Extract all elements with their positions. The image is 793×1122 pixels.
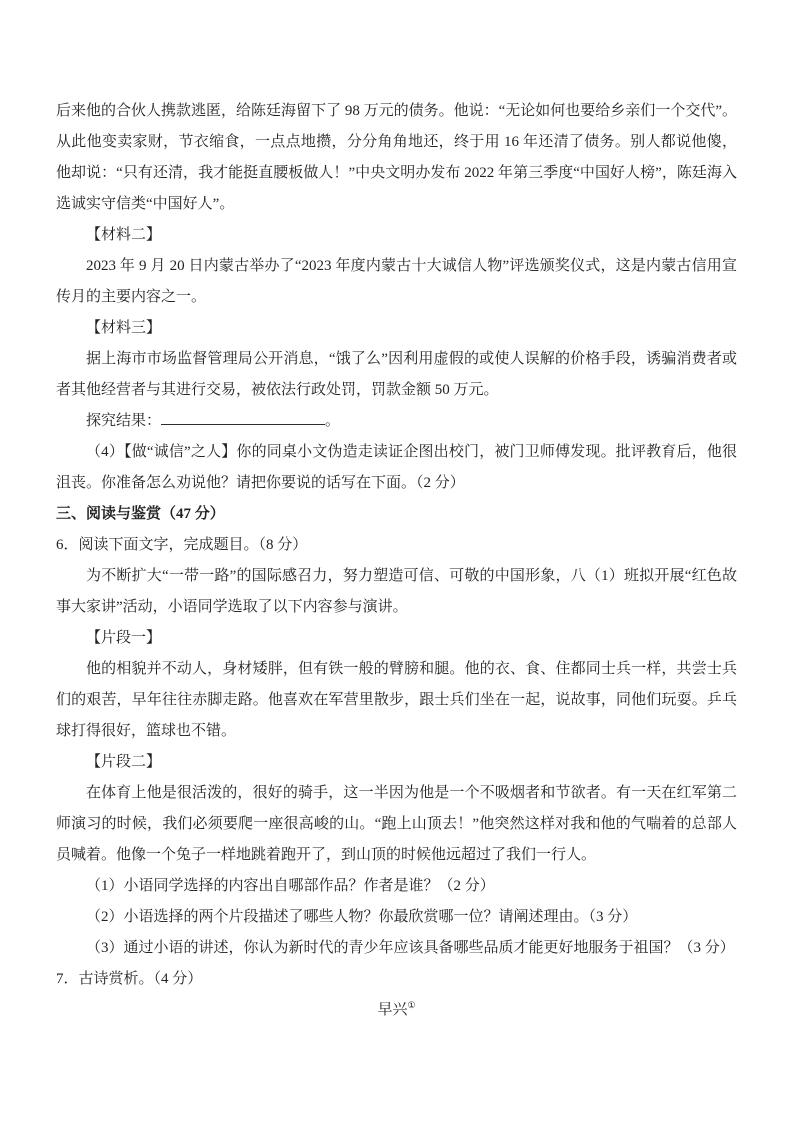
question-5-4: （4）【做“诚信”之人】你的同桌小文伪造走读证企图出校门，被门卫师傅发现。批评教…	[56, 437, 737, 499]
question-6-2: （2）小语选择的两个片段描述了哪些人物？你最欣赏哪一位？请阐述理由。（3 分）	[56, 902, 737, 933]
material-2-label: 【材料二】	[56, 220, 737, 251]
poem-title: 早兴①	[56, 995, 737, 1026]
blank-line-prefix: 探究结果：	[86, 413, 161, 429]
material-3-body: 据上海市市场监督管理局公开消息，“饿了么”因利用虚假的或使人误解的价格手段，诱骗…	[56, 344, 737, 406]
question-6-stem: 6．阅读下面文字，完成题目。（8 分）	[56, 530, 737, 561]
section-3-heading: 三、阅读与鉴赏（47 分）	[56, 499, 737, 530]
fragment-2-body: 在体育上他是很活泼的，很好的骑手，这一半因为他是一个不吸烟者和节欲者。有一天在红…	[56, 778, 737, 871]
fragment-1-body: 他的相貌并不动人，身材矮胖，但有铁一般的臂膀和腿。他的衣、食、住都同士兵一样，共…	[56, 654, 737, 747]
fragment-2-label: 【片段二】	[56, 747, 737, 778]
question-6-intro: 为不断扩大“一带一路”的国际感召力，努力塑造可信、可敬的中国形象，八（1）班拟开…	[56, 561, 737, 623]
blank-line-suffix: 。	[325, 413, 340, 429]
exploration-result-line: 探究结果：。	[56, 406, 737, 437]
material-3-label: 【材料三】	[56, 313, 737, 344]
answer-blank	[161, 424, 325, 425]
document-content: 后来他的合伙人携款逃匿，给陈廷海留下了 98 万元的债务。他说：“无论如何也要给…	[56, 96, 737, 1026]
question-7-stem: 7．古诗赏析。（4 分）	[56, 964, 737, 995]
paragraph-chen-tinghai-story: 后来他的合伙人携款逃匿，给陈廷海留下了 98 万元的债务。他说：“无论如何也要给…	[56, 96, 737, 220]
document-page: 后来他的合伙人携款逃匿，给陈廷海留下了 98 万元的债务。他说：“无论如何也要给…	[0, 0, 793, 1122]
footnote-mark: ①	[407, 1000, 415, 1010]
material-2-body: 2023 年 9 月 20 日内蒙古举办了“2023 年度内蒙古十大诚信人物”评…	[56, 251, 737, 313]
poem-title-text: 早兴	[377, 1002, 407, 1018]
fragment-1-label: 【片段一】	[56, 623, 737, 654]
question-6-1: （1）小语同学选择的内容出自哪部作品？作者是谁？（2 分）	[56, 871, 737, 902]
question-6-3: （3）通过小语的讲述，你认为新时代的青少年应该具备哪些品质才能更好地服务于祖国？…	[56, 933, 737, 964]
